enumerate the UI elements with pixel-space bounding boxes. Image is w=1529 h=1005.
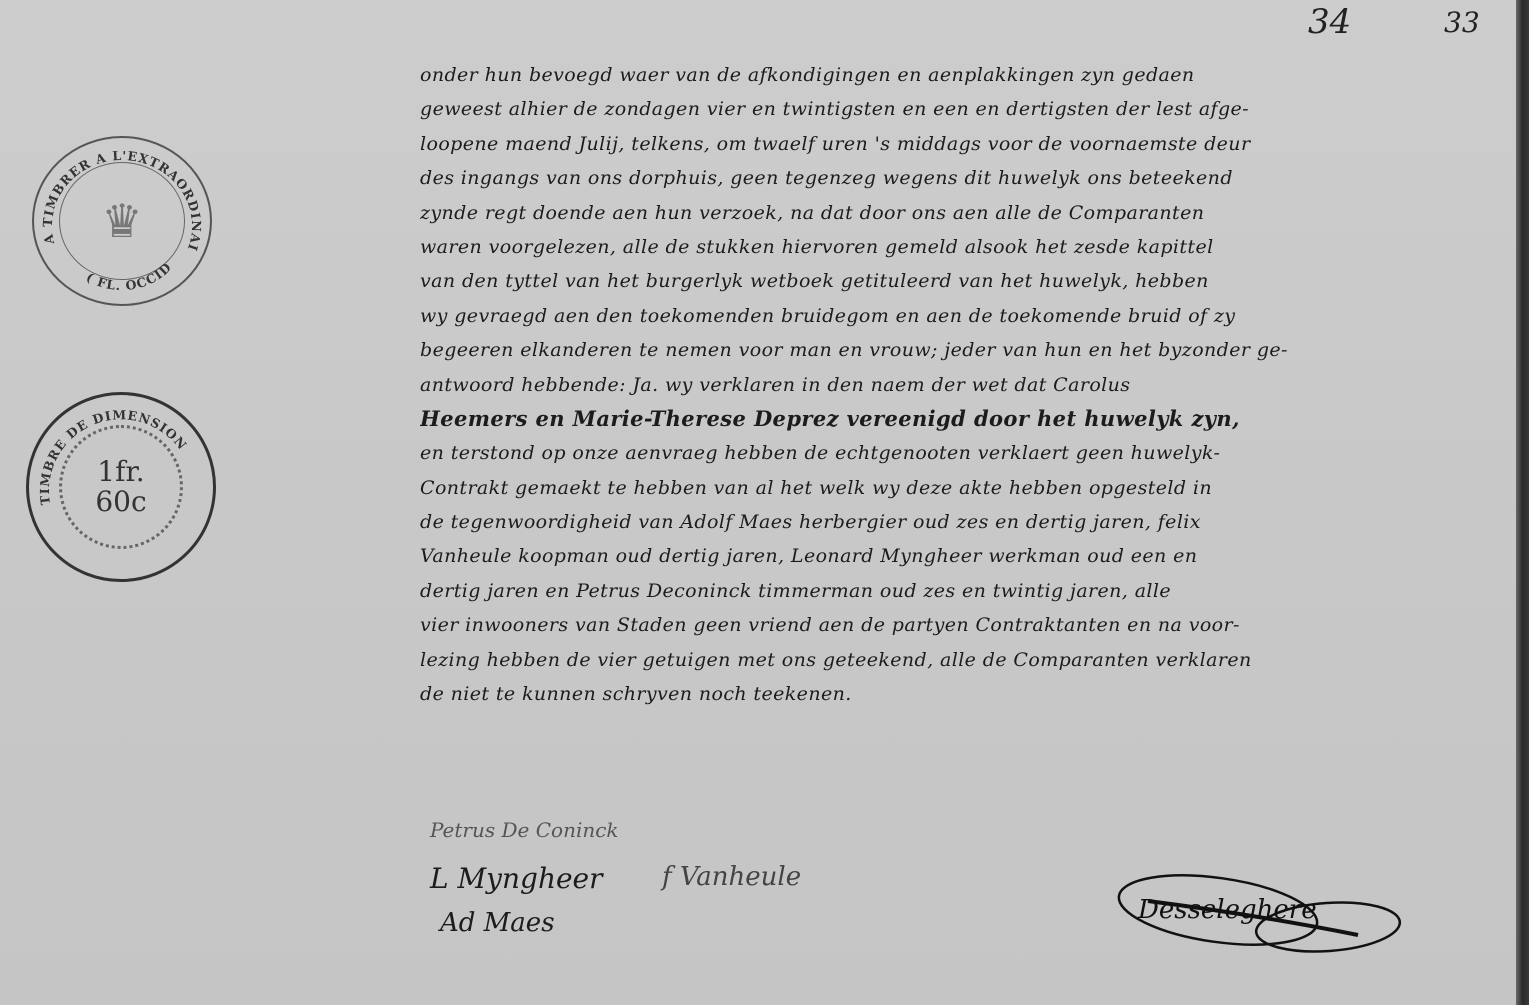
- svg-text:A TIMBRER A L'EXTRAORDINAIRE: A TIMBRER A L'EXTRAORDINAIRE: [34, 138, 204, 254]
- text-line: Contrakt gemaekt te hebben van al het we…: [420, 471, 1500, 505]
- text-line-names: Heemers en Marie-Therese Deprez vereenig…: [420, 402, 1500, 436]
- official-signature-name: Desseleghere: [1138, 895, 1317, 925]
- text-line: de tegenwoordigheid van Adolf Maes herbe…: [420, 505, 1500, 539]
- signature-witness-1: Petrus De Coninck: [430, 818, 619, 842]
- text-line: antwoord hebbende: Ja. wy verklaren in d…: [420, 368, 1500, 402]
- text-line: lezing hebben de vier getuigen met ons g…: [420, 643, 1500, 677]
- record-body-text: onder hun bevoegd waer van de afkondigin…: [420, 58, 1500, 711]
- extraordinary-tax-stamp: A TIMBRER A L'EXTRAORDINAIRE ( FL. OCCID…: [32, 136, 212, 306]
- text-line: en terstond op onze aenvraeg hebben de e…: [420, 436, 1500, 470]
- text-line: waren voorgelezen, alle de stukken hierv…: [420, 230, 1500, 264]
- text-line: zynde regt doende aen hun verzoek, na da…: [420, 196, 1500, 230]
- stamp-ring-text: TIMBRE DE DIMENSION: [29, 395, 213, 579]
- signature-witness-2: L Myngheer: [430, 862, 603, 895]
- stamp-ring-text: A TIMBRER A L'EXTRAORDINAIRE ( FL. OCCID…: [34, 138, 210, 304]
- text-line: des ingangs van ons dorphuis, geen tegen…: [420, 161, 1500, 195]
- folio-number-old: 34: [1308, 2, 1351, 42]
- text-line: wy gevraegd aen den toekomenden bruidego…: [420, 299, 1500, 333]
- text-line: geweest alhier de zondagen vier en twint…: [420, 92, 1500, 126]
- svg-text:TIMBRE DE DIMENSION: TIMBRE DE DIMENSION: [37, 407, 190, 506]
- official-signature: Desseleghere: [1108, 865, 1408, 965]
- text-line: dertig jaren en Petrus Deconinck timmerm…: [420, 574, 1500, 608]
- page-binding-edge: [1516, 0, 1529, 1005]
- text-line: begeeren elkanderen te nemen voor man en…: [420, 333, 1500, 367]
- text-line: vier inwooners van Staden geen vriend ae…: [420, 608, 1500, 642]
- text-line: loopene maend Julij, telkens, om twaelf …: [420, 127, 1500, 161]
- signature-witness-4: Ad Maes: [440, 908, 555, 938]
- text-line: onder hun bevoegd waer van de afkondigin…: [420, 58, 1500, 92]
- text-line: Vanheule koopman oud dertig jaren, Leona…: [420, 539, 1500, 573]
- folio-number-new: 33: [1444, 6, 1480, 39]
- dimension-tax-stamp: TIMBRE DE DIMENSION 1fr. 60c: [26, 392, 216, 582]
- signature-witness-3: f Vanheule: [662, 862, 801, 892]
- text-line: de niet te kunnen schryven noch teekenen…: [420, 677, 1500, 711]
- text-line: van den tyttel van het burgerlyk wetboek…: [420, 264, 1500, 298]
